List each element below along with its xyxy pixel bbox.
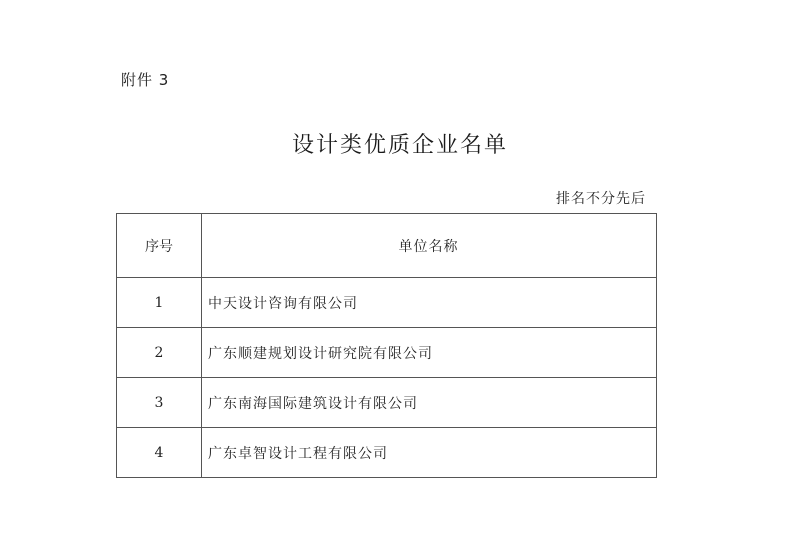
header-serial-number: 序号 [117,214,202,278]
header-company-name: 单位名称 [202,214,657,278]
table-row: 3 广东南海国际建筑设计有限公司 [117,378,657,428]
ranking-note: 排名不分先后 [556,188,646,208]
serial-number: 4 [117,428,202,478]
serial-number: 2 [117,328,202,378]
serial-number: 1 [117,278,202,328]
attachment-label: 附件 3 [121,69,169,90]
company-name: 广东南海国际建筑设计有限公司 [202,378,657,428]
page-title: 设计类优质企业名单 [0,128,800,159]
serial-number: 3 [117,378,202,428]
company-table: 序号 单位名称 1 中天设计咨询有限公司 2 广东顺建规划设计研究院有限公司 3… [116,213,657,478]
table-header-row: 序号 单位名称 [117,214,657,278]
company-name: 广东卓智设计工程有限公司 [202,428,657,478]
table-row: 2 广东顺建规划设计研究院有限公司 [117,328,657,378]
table-row: 1 中天设计咨询有限公司 [117,278,657,328]
table-row: 4 广东卓智设计工程有限公司 [117,428,657,478]
company-name: 广东顺建规划设计研究院有限公司 [202,328,657,378]
company-name: 中天设计咨询有限公司 [202,278,657,328]
